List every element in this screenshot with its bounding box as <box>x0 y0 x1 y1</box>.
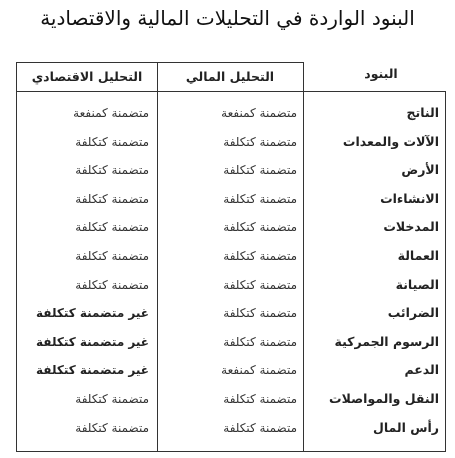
table-row: غير متضمنة كتكلفة متضمنة كمنفعة الدعم <box>17 356 445 385</box>
cell-economic: متضمنة كتكلفة <box>17 414 149 443</box>
table-row: متضمنة كتكلفة متضمنة كتكلفة رأس المال <box>17 414 445 443</box>
cell-economic: متضمنة كتكلفة <box>17 185 149 214</box>
cell-economic: متضمنة كتكلفة <box>17 271 149 300</box>
cell-economic: متضمنة كتكلفة <box>17 156 149 185</box>
cell-financial: متضمنة كتكلفة <box>157 242 297 271</box>
cell-item: الصيانة <box>303 271 439 300</box>
table-row: غير متضمنة كتكلفة متضمنة كتكلفة الضرائب <box>17 299 445 328</box>
cell-item: الرسوم الجمركية <box>303 328 439 357</box>
table-row: متضمنة كتكلفة متضمنة كتكلفة الصيانة <box>17 271 445 300</box>
cell-financial: متضمنة كتكلفة <box>157 328 297 357</box>
table-row: متضمنة كتكلفة متضمنة كتكلفة الأرض <box>17 156 445 185</box>
cell-financial: متضمنة كتكلفة <box>157 385 297 414</box>
cell-economic: متضمنة كتكلفة <box>17 128 149 157</box>
cell-economic: متضمنة كتكلفة <box>17 242 149 271</box>
cell-economic: غير متضمنة كتكلفة <box>17 299 149 328</box>
header-financial-analysis: التحليل المالي <box>157 62 304 91</box>
cell-economic: متضمنة كمنفعة <box>17 99 149 128</box>
cell-financial: متضمنة كمنفعة <box>157 356 297 385</box>
cell-item: الناتج <box>303 99 439 128</box>
cell-item: رأس المال <box>303 414 439 443</box>
cell-item: الدعم <box>303 356 439 385</box>
cell-economic: متضمنة كتكلفة <box>17 213 149 242</box>
cell-economic: غير متضمنة كتكلفة <box>17 328 149 357</box>
table-body: متضمنة كمنفعة متضمنة كمنفعة الناتج متضمن… <box>16 91 446 452</box>
cell-economic: غير متضمنة كتكلفة <box>17 356 149 385</box>
table-rows: متضمنة كمنفعة متضمنة كمنفعة الناتج متضمن… <box>17 99 445 442</box>
cell-economic: متضمنة كتكلفة <box>17 385 149 414</box>
cell-financial: متضمنة كتكلفة <box>157 414 297 443</box>
table-row: متضمنة كتكلفة متضمنة كتكلفة العمالة <box>17 242 445 271</box>
cell-item: النقل والمواصلات <box>303 385 439 414</box>
cell-item: المدخلات <box>303 213 439 242</box>
cell-financial: متضمنة كتكلفة <box>157 156 297 185</box>
cell-financial: متضمنة كتكلفة <box>157 185 297 214</box>
cell-financial: متضمنة كتكلفة <box>157 299 297 328</box>
items-table: التحليل الاقتصادي التحليل المالي البنود … <box>16 62 446 452</box>
cell-financial: متضمنة كمنفعة <box>157 99 297 128</box>
cell-financial: متضمنة كتكلفة <box>157 271 297 300</box>
table-row: متضمنة كتكلفة متضمنة كتكلفة النقل والموا… <box>17 385 445 414</box>
cell-item: الآلات والمعدات <box>303 128 439 157</box>
table-row: متضمنة كتكلفة متضمنة كتكلفة الانشاءات <box>17 185 445 214</box>
table-row: متضمنة كتكلفة متضمنة كتكلفة الآلات والمع… <box>17 128 445 157</box>
header-items: البنود <box>316 62 446 90</box>
table-row: غير متضمنة كتكلفة متضمنة كتكلفة الرسوم ا… <box>17 328 445 357</box>
header-economic-analysis: التحليل الاقتصادي <box>16 62 158 91</box>
cell-item: العمالة <box>303 242 439 271</box>
table-row: متضمنة كتكلفة متضمنة كتكلفة المدخلات <box>17 213 445 242</box>
cell-financial: متضمنة كتكلفة <box>157 213 297 242</box>
cell-item: الانشاءات <box>303 185 439 214</box>
cell-item: الأرض <box>303 156 439 185</box>
cell-item: الضرائب <box>303 299 439 328</box>
cell-financial: متضمنة كتكلفة <box>157 128 297 157</box>
page-title: البنود الواردة في التحليلات المالية والا… <box>0 4 455 32</box>
table-row: متضمنة كمنفعة متضمنة كمنفعة الناتج <box>17 99 445 128</box>
